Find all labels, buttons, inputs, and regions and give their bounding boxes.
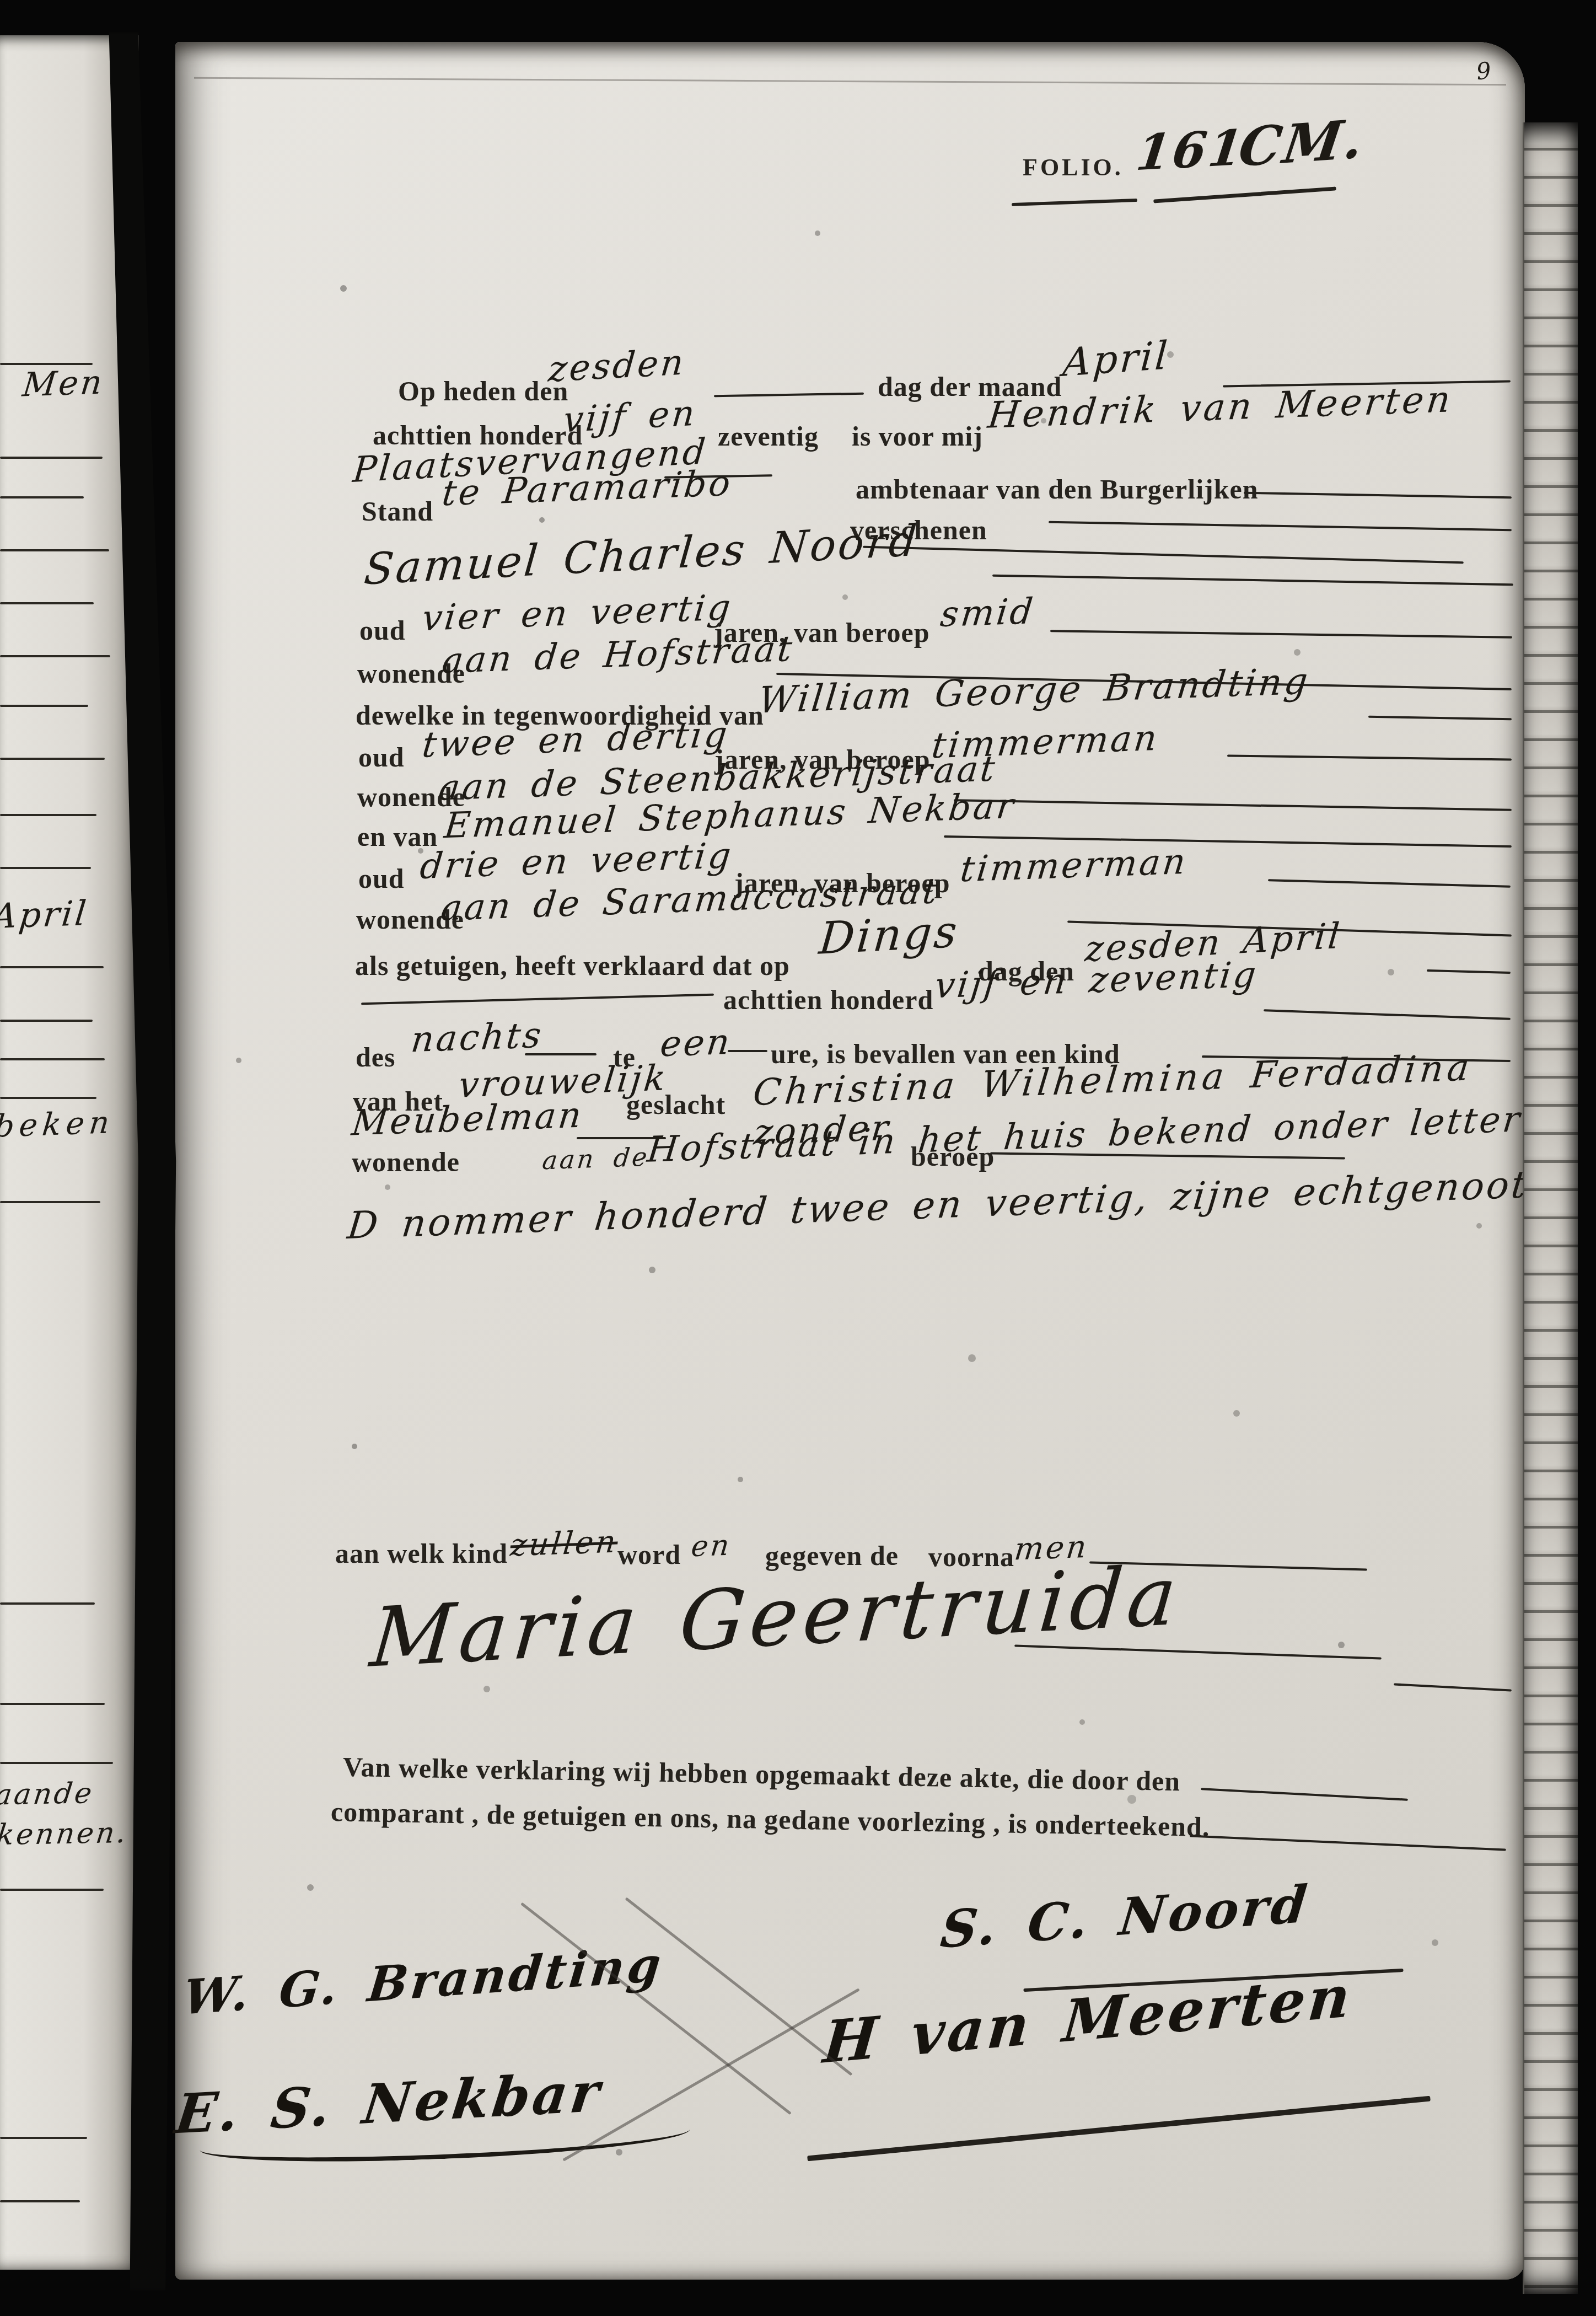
ruled-line xyxy=(1190,1835,1506,1851)
printed-text: achttien honderd xyxy=(723,986,933,1014)
ruled-line xyxy=(0,1703,105,1705)
handwritten-entry: en xyxy=(690,1531,733,1562)
printed-text: oud xyxy=(358,865,405,892)
ruled-line xyxy=(525,1053,597,1055)
scanned-register-photo: en Men April beken laande kennen. xyxy=(0,0,1596,2316)
ruled-line xyxy=(0,655,110,657)
ruled-line xyxy=(361,994,714,1005)
margin-handwriting: laande xyxy=(0,1780,95,1810)
margin-handwriting: kennen. xyxy=(0,1820,130,1849)
printed-text: als getuigen, heeft verklaard dat op xyxy=(355,952,790,979)
ruled-line xyxy=(0,966,104,968)
folio-number: 161 xyxy=(1134,123,1248,178)
mother-surname: Meubelman xyxy=(350,1098,585,1141)
ruled-line xyxy=(1264,1009,1511,1020)
ruled-line xyxy=(1201,1788,1408,1801)
ruled-line xyxy=(1394,1683,1512,1691)
margin-fragment: beken xyxy=(0,1109,126,1160)
signature-registrar: H van Meerten xyxy=(821,1967,1355,2071)
printed-text: geslacht xyxy=(626,1091,726,1118)
ruled-line xyxy=(0,496,84,498)
ruled-line xyxy=(1244,492,1512,498)
ruled-line xyxy=(992,575,1513,586)
book-page-edges xyxy=(1523,122,1578,2294)
ruled-line xyxy=(0,549,109,551)
margin-fragment: en Men xyxy=(0,368,131,421)
struck-word: zullen xyxy=(509,1526,619,1561)
ruled-line xyxy=(0,1201,100,1203)
closing-text: comparant , de getuigen en ons, na gedan… xyxy=(331,1798,1210,1841)
ruled-line xyxy=(0,1058,105,1060)
ruled-line xyxy=(863,546,1464,564)
margin-handwriting: beken xyxy=(0,1109,116,1143)
declarant-name: Samuel Charles Noord xyxy=(362,519,921,591)
ruled-line xyxy=(1368,716,1512,721)
handwritten-entry: vijf en zeventig xyxy=(933,957,1260,1004)
handwritten-entry: aan de xyxy=(541,1144,651,1173)
ruled-line xyxy=(1050,630,1512,639)
ruled-line xyxy=(954,799,1512,811)
printed-text: Stand xyxy=(362,497,433,525)
ruled-line xyxy=(728,1050,767,1052)
printed-text: oud xyxy=(358,743,405,771)
child-name: Maria Geertruida xyxy=(367,1554,1184,1679)
handwritten-entry: timmerman xyxy=(959,844,1190,888)
ruled-line xyxy=(1268,879,1511,888)
handwritten-entry: twee en dertig xyxy=(421,717,731,763)
handwritten-entry: te Paramaribo xyxy=(440,466,734,512)
printed-text: wonende xyxy=(352,1148,460,1176)
corner-page-mark: 9 xyxy=(1475,59,1495,84)
flourish-underline xyxy=(1153,186,1336,203)
handwritten-entry: aan de Hofstraat xyxy=(440,631,796,679)
ruled-line xyxy=(1049,521,1512,532)
signature-flourish xyxy=(807,2096,1431,2162)
handwritten-entry: D nommer honderd twee en veertig, zijne … xyxy=(346,1166,1545,1245)
folio-label: FOLIO. xyxy=(1023,156,1124,180)
printed-text: zeventig xyxy=(718,422,819,450)
ruled-line xyxy=(0,758,105,760)
printed-text: word xyxy=(617,1541,681,1568)
margin-handwriting: April xyxy=(0,898,90,934)
margin-fragment: laande xyxy=(0,1780,133,1823)
margin-fragment: kennen. xyxy=(0,1820,139,1863)
handwritten-entry: vijf en xyxy=(562,395,698,438)
ruled-line xyxy=(1014,1644,1382,1659)
ruled-line xyxy=(0,2137,87,2139)
ink-scratch xyxy=(562,1988,859,2161)
margin-handwriting: en Men xyxy=(0,368,106,404)
ruled-line xyxy=(0,814,96,816)
ruled-line xyxy=(0,602,94,604)
ruled-line xyxy=(0,1602,95,1605)
handwritten-entry: een xyxy=(659,1025,734,1063)
printed-text: Op heden den xyxy=(398,377,568,405)
ruled-line xyxy=(0,457,103,459)
signature-witness1: W. G. Brandting xyxy=(181,1940,665,2022)
handwritten-entry: nachts xyxy=(410,1018,545,1058)
ruled-line xyxy=(0,1097,96,1099)
handwritten-entry: vier en veertig xyxy=(421,590,734,636)
ruled-line xyxy=(0,363,93,365)
printed-text: des xyxy=(356,1043,395,1071)
ruled-line xyxy=(0,1020,93,1022)
handwritten-entry: April xyxy=(1062,336,1171,382)
ruled-line xyxy=(0,705,88,707)
handwritten-entry: drie en veertig xyxy=(418,838,735,884)
folio-initials: CM. xyxy=(1235,112,1368,174)
ruled-line xyxy=(944,835,1512,848)
printed-text: oud xyxy=(359,616,406,644)
handwritten-entry: zesden xyxy=(547,345,687,387)
handwritten-entry: Dings xyxy=(818,909,961,961)
ruled-line xyxy=(0,2200,80,2202)
printed-text: ambtenaar van den Burgerlijken xyxy=(856,475,1259,503)
handwritten-entry: smid xyxy=(939,594,1037,632)
printed-text: is voor mij xyxy=(852,422,983,450)
printed-text: aan welk kind xyxy=(335,1540,508,1567)
ruled-line xyxy=(1227,754,1512,760)
witness1-name: William George Brandting xyxy=(757,663,1312,719)
ruled-line xyxy=(714,393,864,398)
closing-text: Van welke verklaring wij hebben opgemaak… xyxy=(343,1753,1181,1795)
signature-declarant: S. C. Noord xyxy=(938,1878,1312,1955)
flourish-underline xyxy=(1012,199,1137,206)
ruled-line xyxy=(1427,969,1511,974)
ruled-line xyxy=(0,1762,113,1764)
ruled-line xyxy=(0,1889,104,1891)
margin-fragment: April xyxy=(0,898,98,953)
ruled-line xyxy=(0,867,91,869)
